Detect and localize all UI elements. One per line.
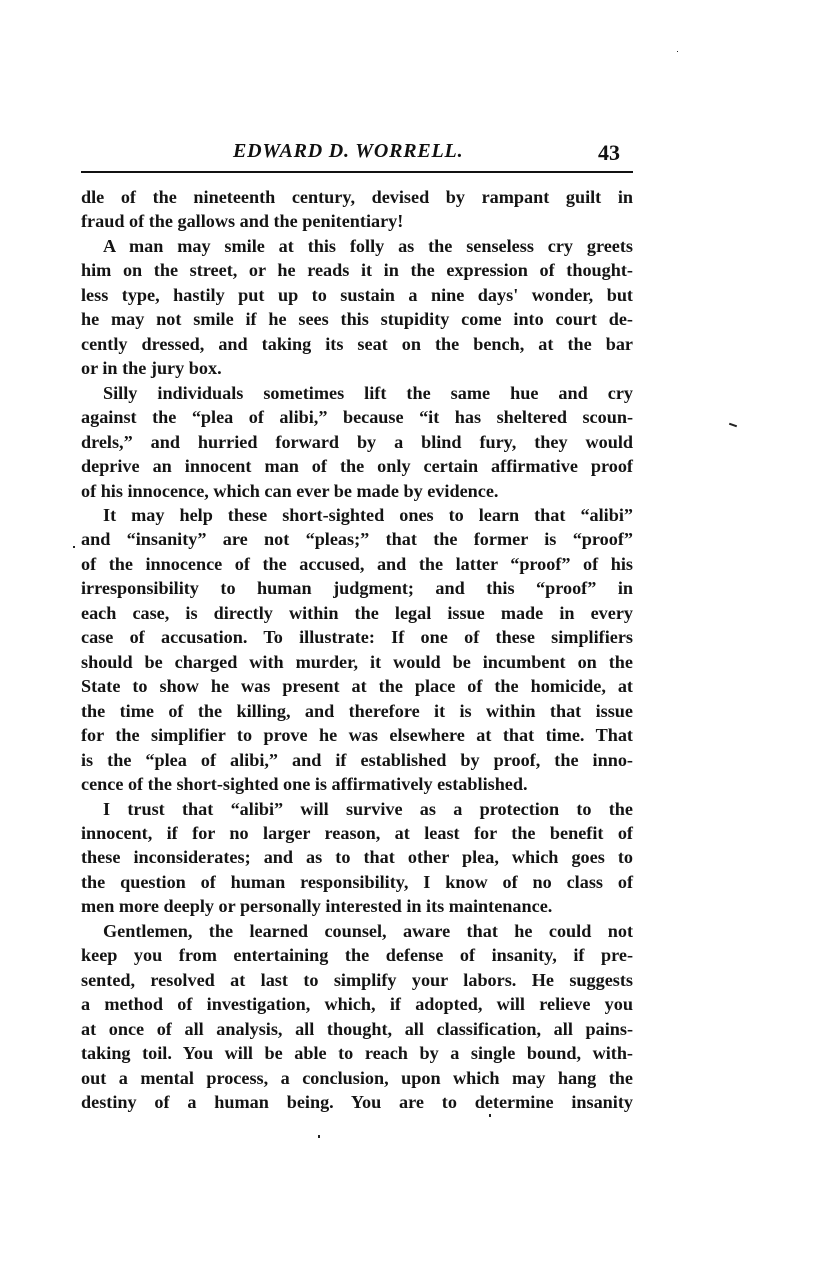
text-line: innocent, if for no larger reason, at le…	[81, 822, 633, 844]
text-line: cently dressed, and taking its seat on t…	[81, 333, 633, 355]
text-line: less type, hastily put up to sustain a n…	[81, 284, 633, 306]
text-line: and “insanity” are not “pleas;” that the…	[81, 528, 633, 550]
text-line: drels,” and hurried forward by a blind f…	[81, 431, 633, 453]
text-line: fraud of the gallows and the penitentiar…	[81, 210, 633, 232]
text-line: the time of the killing, and therefore i…	[81, 700, 633, 722]
paragraph-first-line: I trust that “alibi” will survive as a p…	[103, 798, 633, 820]
text-line: State to show he was present at the plac…	[81, 675, 633, 697]
text-line: him on the street, or he reads it in the…	[81, 259, 633, 281]
text-line: for the simplifier to prove he was elsew…	[81, 724, 633, 746]
header-rule	[81, 171, 633, 173]
paragraph-first-line: Gentlemen, the learned counsel, aware th…	[103, 920, 633, 942]
text-line: deprive an innocent man of the only cert…	[81, 455, 633, 477]
text-line: destiny of a human being. You are to det…	[81, 1091, 633, 1113]
text-line: men more deeply or personally interested…	[81, 895, 633, 917]
text-line: a method of investigation, which, if ado…	[81, 993, 633, 1015]
text-line: dle of the nineteenth century, devised b…	[81, 186, 633, 208]
text-line: the question of human responsibility, I …	[81, 871, 633, 893]
scan-speck	[677, 51, 678, 52]
text-line: each case, is directly within the legal …	[81, 602, 633, 624]
scan-speck	[318, 1135, 320, 1138]
text-line: these inconsiderates; and as to that oth…	[81, 846, 633, 868]
scan-speck	[489, 1114, 491, 1117]
running-header-title: EDWARD D. WORRELL.	[233, 140, 533, 163]
paragraph-first-line: A man may smile at this folly as the sen…	[103, 235, 633, 257]
text-line: against the “plea of alibi,” because “it…	[81, 406, 633, 428]
text-line: or in the jury box.	[81, 357, 633, 379]
text-line: cence of the short-sighted one is affirm…	[81, 773, 633, 795]
text-line: at once of all analysis, all thought, al…	[81, 1018, 633, 1040]
text-line: is the “plea of alibi,” and if establish…	[81, 749, 633, 771]
text-line: taking toil. You will be able to reach b…	[81, 1042, 633, 1064]
text-line: of the innocence of the accused, and the…	[81, 553, 633, 575]
page-number: 43	[598, 140, 620, 166]
text-line: keep you from entertaining the defense o…	[81, 944, 633, 966]
text-line: irresponsibility to human judgment; and …	[81, 577, 633, 599]
scan-speck	[729, 423, 737, 428]
text-line: of his innocence, which can ever be made…	[81, 480, 633, 502]
text-line: out a mental process, a conclusion, upon…	[81, 1067, 633, 1089]
text-line: he may not smile if he sees this stupidi…	[81, 308, 633, 330]
text-line: should be charged with murder, it would …	[81, 651, 633, 673]
text-line: sented, resolved at last to simplify you…	[81, 969, 633, 991]
paragraph-first-line: Silly individuals sometimes lift the sam…	[103, 382, 633, 404]
book-page: EDWARD D. WORRELL. 43 dle of the ninetee…	[0, 0, 836, 1284]
paragraph-first-line: It may help these short-sighted ones to …	[103, 504, 633, 526]
text-line: case of accusation. To illustrate: If on…	[81, 626, 633, 648]
scan-speck	[73, 546, 75, 548]
